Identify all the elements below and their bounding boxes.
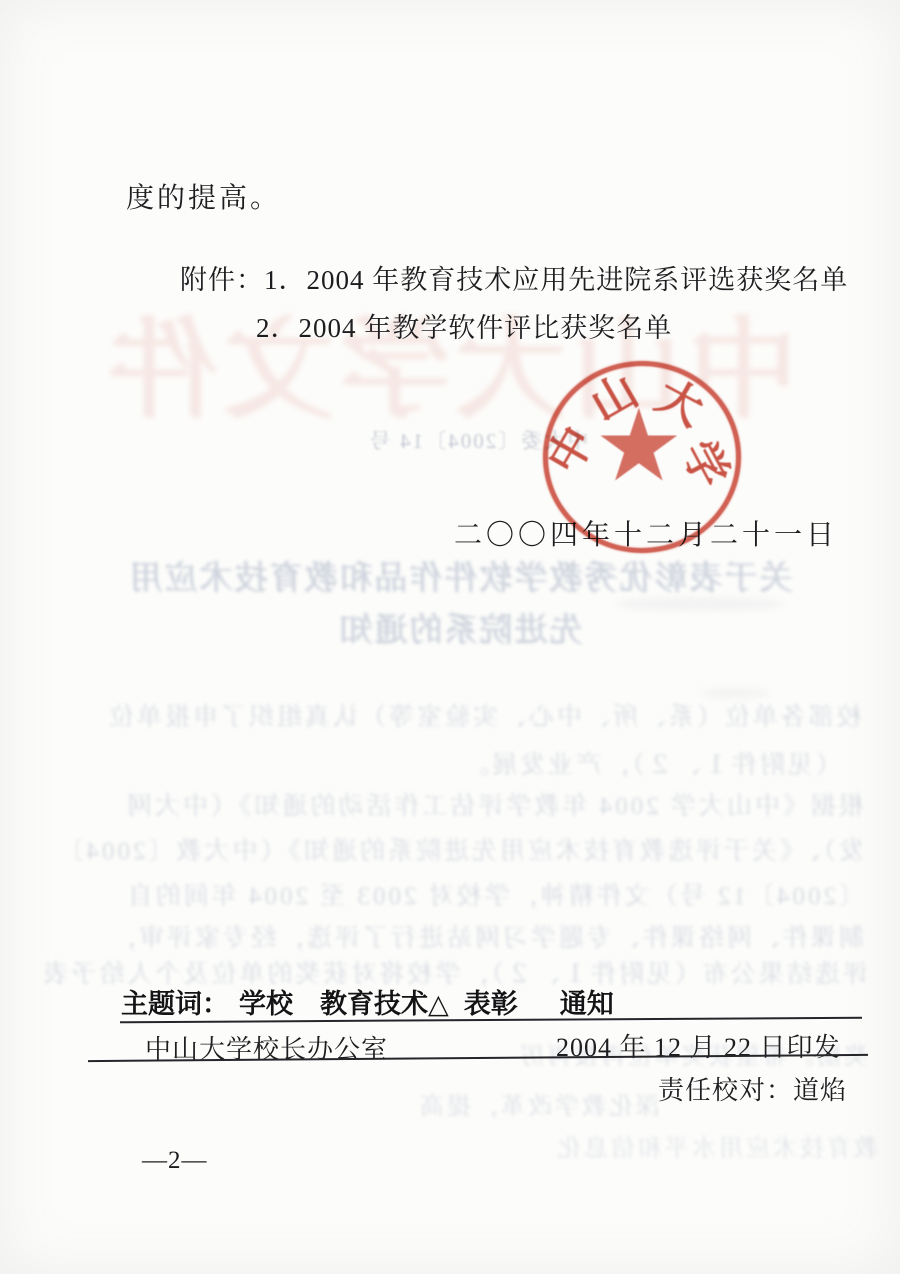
bleedthrough-body-line: 制课件、网络课件、专题学习网站进行了评选，经专家评审，: [112, 918, 864, 954]
subject-term: 通知: [560, 989, 614, 1019]
attachment-line-2: 2．2004 年教学软件评比获奖名单: [256, 306, 672, 345]
bleedthrough-body-line: 校部各单位（系、所、中心、实验室等）认真组织了申报单位: [118, 697, 862, 733]
subject-term: 教育技术△: [320, 989, 449, 1019]
scan-smudge: [615, 598, 785, 610]
closing-line: 度的提高。: [126, 176, 281, 216]
bleedthrough-body-line: 发）、《关于评选教育技术应用先进院系的通知》（中大教〔2004〕: [112, 831, 864, 867]
bleedthrough-title-line: 关于表彰优秀教学软件作品和教育技术应用: [115, 552, 805, 599]
attachment-item: 2．2004 年教学软件评比获奖名单: [256, 313, 672, 343]
scanned-document-page: 中山大学文件 中大委〔2004〕14 号 关于表彰优秀教学软件作品和教育技术应用…: [0, 0, 900, 1274]
subject-keywords-row: 主题词：学校教育技术△表彰通知: [121, 982, 614, 1021]
bleedthrough-body-line: （见附件１、２），产业发展。: [440, 745, 862, 781]
page-number: —2—: [142, 1147, 208, 1175]
bleedthrough-title-line: 先进院系的通知: [115, 604, 805, 651]
print-date: 2004 年 12 月 22 日印发: [556, 1027, 841, 1064]
attachment-item: 1．2004 年教育技术应用先进院系评选获奖名单: [264, 265, 848, 295]
attachment-line-1: 附件：1．2004 年教育技术应用先进院系评选获奖名单: [180, 258, 848, 297]
subject-term: 表彰: [464, 989, 518, 1019]
scan-smudge: [700, 688, 770, 698]
bleedthrough-body-line: 根据《中山大学 2004 年教学评估工作活动的通知》（中大网: [112, 786, 864, 822]
bleedthrough-body-line: 〔2004〕12 号）文件精神，学校对 2003 至 2004 年间的自: [112, 876, 864, 912]
bleedthrough-fragment: 教育技术应用水平和信息化: [560, 1128, 878, 1163]
attachments-label: 附件：: [180, 265, 264, 295]
subject-label: 主题词：: [121, 989, 229, 1019]
proofreader-line: 责任校对：道焰: [658, 1070, 847, 1107]
bleedthrough-fragment: 深化教学改革，提高: [420, 1086, 660, 1121]
subject-term: 学校: [239, 989, 293, 1019]
